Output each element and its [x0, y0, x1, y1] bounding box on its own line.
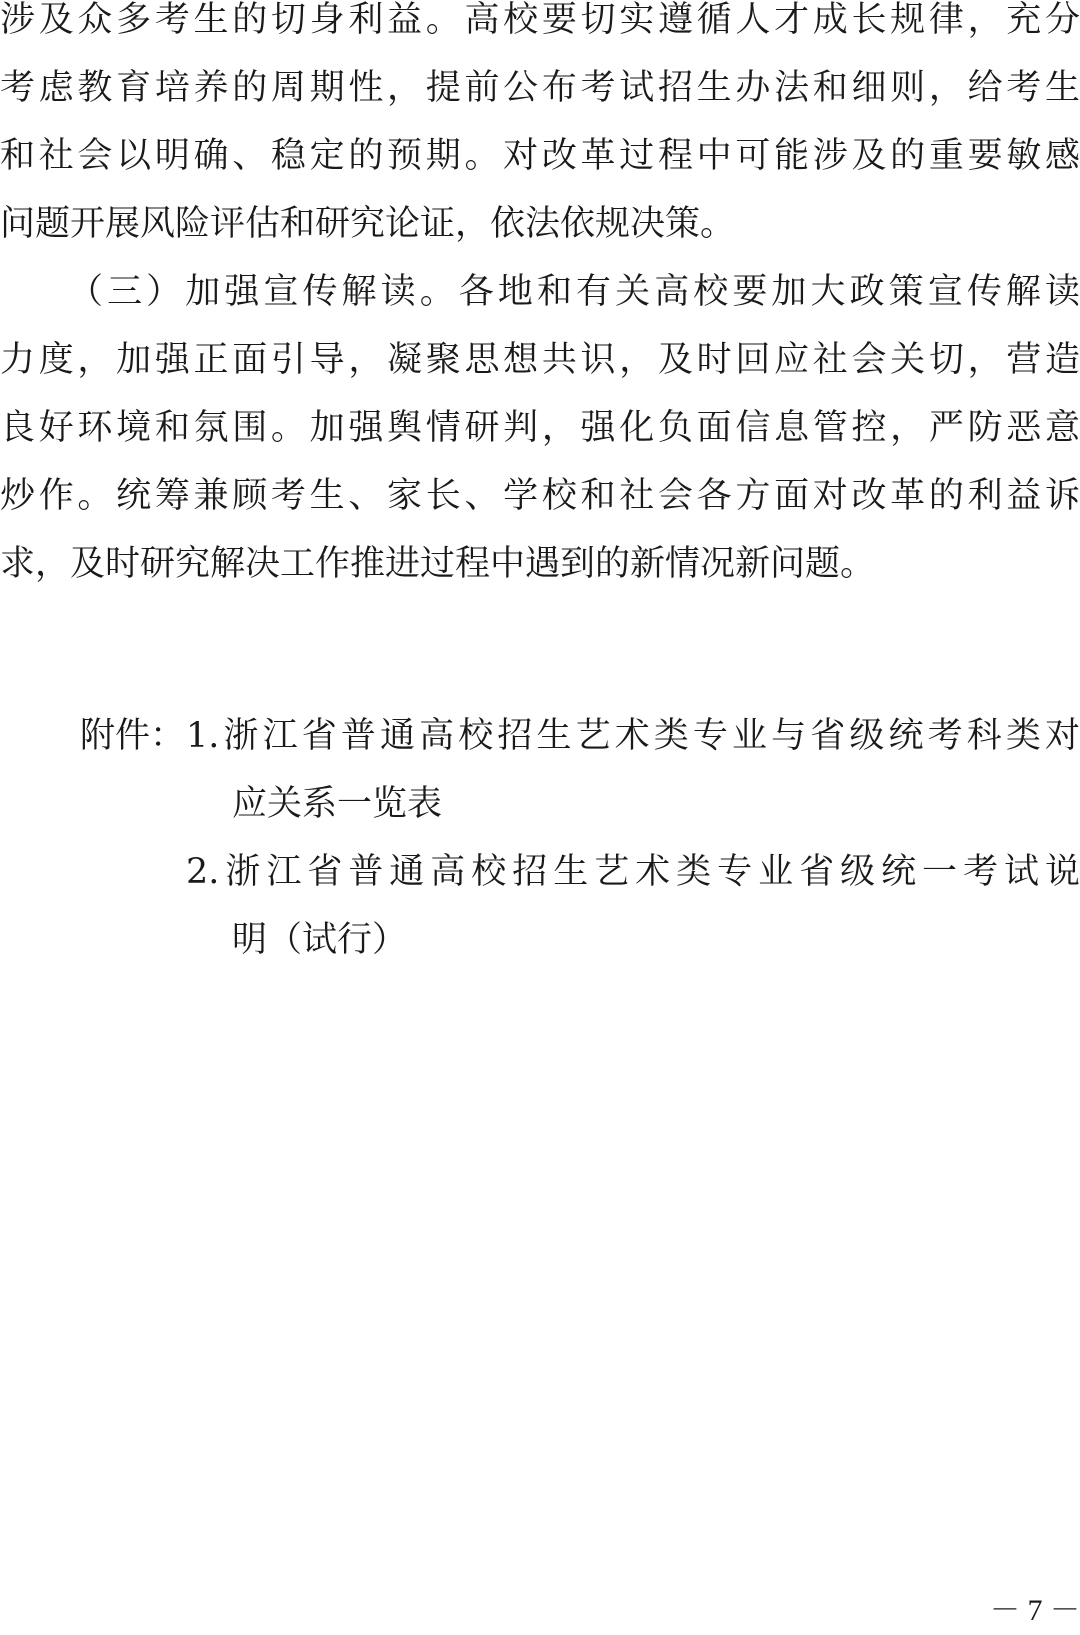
paragraph-line: 考虑教育培养的周期性，提前公布考试招生办法和细则，给考生: [0, 66, 1080, 110]
document-page: 涉及众多考生的切身利益。高校要切实遵循人才成长规律，充分 考虑教育培养的周期性，…: [0, 0, 1080, 1635]
attachment-item-2-continued: 明（试行）: [232, 918, 407, 962]
attachment-item-1-continued: 应关系一览表: [232, 782, 442, 826]
paragraph-line: 力度，加强正面引导，凝聚思想共识，及时回应社会关切，营造: [0, 338, 1080, 382]
paragraph-line: 涉及众多考生的切身利益。高校要切实遵循人才成长规律，充分: [0, 0, 1080, 42]
page-number: － 7 －: [990, 1593, 1080, 1629]
paragraph-line: 和社会以明确、稳定的预期。对改革过程中可能涉及的重要敏感: [0, 134, 1080, 178]
paragraph-line: 求，及时研究解决工作推进过程中遇到的新情况新问题。: [0, 542, 1080, 586]
paragraph-line: 炒作。统筹兼顾考生、家长、学校和社会各方面对改革的利益诉: [0, 474, 1080, 518]
attachment-item-2: 2.浙江省普通高校招生艺术类专业省级统一考试说: [186, 850, 1080, 894]
paragraph-line: 问题开展风险评估和研究论证，依法依规决策。: [0, 202, 1080, 246]
section-three-first-line: （三）加强宣传解读。各地和有关高校要加大政策宣传解读: [68, 270, 1080, 314]
section-text: 各地和有关高校要加大政策宣传解读: [459, 272, 1080, 312]
section-heading: （三）加强宣传解读。: [68, 272, 459, 312]
attachments-label: 附件：: [80, 714, 185, 758]
attachment-item-1: 1.浙江省普通高校招生艺术类专业与省级统考科类对: [186, 714, 1080, 758]
paragraph-line: 良好环境和氛围。加强舆情研判，强化负面信息管控，严防恶意: [0, 406, 1080, 450]
